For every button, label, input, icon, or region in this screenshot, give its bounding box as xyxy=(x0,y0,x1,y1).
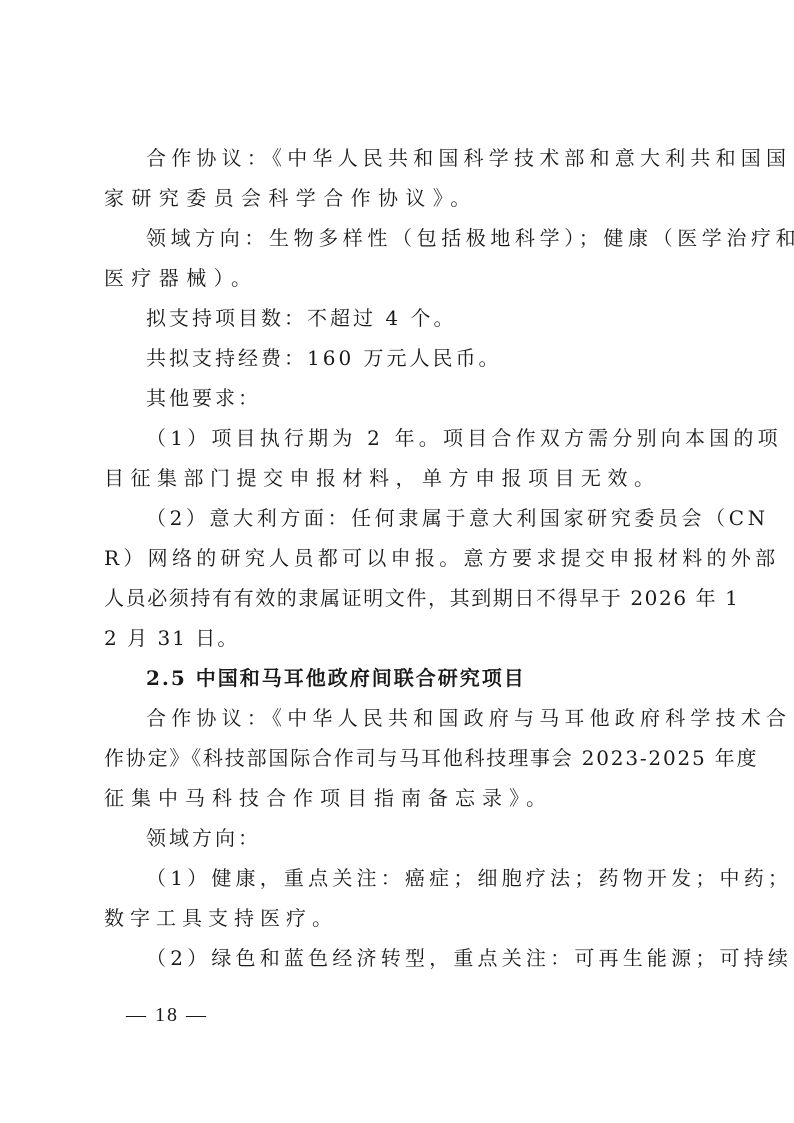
paragraph-line: 医疗器械）。 xyxy=(104,258,692,298)
paragraph-other-requirements: 其他要求： xyxy=(146,378,692,418)
requirement-item-2: （2）意大利方面：任何隶属于意大利国家研究委员会（CN xyxy=(146,498,692,538)
document-page: 合作协议：《中华人民共和国科学技术部和意大利共和国国 家研究委员会科学合作协议》… xyxy=(0,0,794,1123)
requirement-item-1: （1）项目执行期为 2 年。项目合作双方需分别向本国的项 xyxy=(146,418,692,458)
field-item-2-green-blue-economy: （2）绿色和蓝色经济转型，重点关注：可再生能源；可持续 xyxy=(146,938,692,978)
paragraph-field-direction-italy: 领域方向：生物多样性（包括极地科学）；健康（医学治疗和 xyxy=(146,218,692,258)
paragraph-line: 作协定》《科技部国际合作司与马耳他科技理事会 2023-2025 年度 xyxy=(104,738,692,778)
paragraph-field-direction-malta: 领域方向： xyxy=(146,818,692,858)
paragraph-line: 家研究委员会科学合作协议》。 xyxy=(104,178,692,218)
paragraph-cooperation-agreement-italy: 合作协议：《中华人民共和国科学技术部和意大利共和国国 xyxy=(146,138,692,178)
paragraph-line: 数字工具支持医疗。 xyxy=(104,898,692,938)
paragraph-cooperation-agreement-malta: 合作协议：《中华人民共和国政府与马耳他政府科学技术合 xyxy=(146,698,692,738)
paragraph-line: 征集中马科技合作项目指南备忘录》。 xyxy=(104,778,692,818)
paragraph-project-count: 拟支持项目数：不超过 4 个。 xyxy=(146,298,692,338)
paragraph-line: 2 月 31 日。 xyxy=(104,618,692,658)
paragraph-line: 目征集部门提交申报材料，单方申报项目无效。 xyxy=(104,458,692,498)
paragraph-funding: 共拟支持经费：160 万元人民币。 xyxy=(146,338,692,378)
field-item-1-health: （1）健康，重点关注：癌症；细胞疗法；药物开发；中药； xyxy=(146,858,692,898)
page-number: — 18 — xyxy=(126,1000,208,1030)
section-heading-2-5: 2.5 中国和马耳他政府间联合研究项目 xyxy=(146,658,692,698)
paragraph-line: R）网络的研究人员都可以申报。意方要求提交申报材料的外部 xyxy=(104,538,692,578)
paragraph-line: 人员必须持有有效的隶属证明文件，其到期日不得早于 2026 年 1 xyxy=(104,578,692,618)
